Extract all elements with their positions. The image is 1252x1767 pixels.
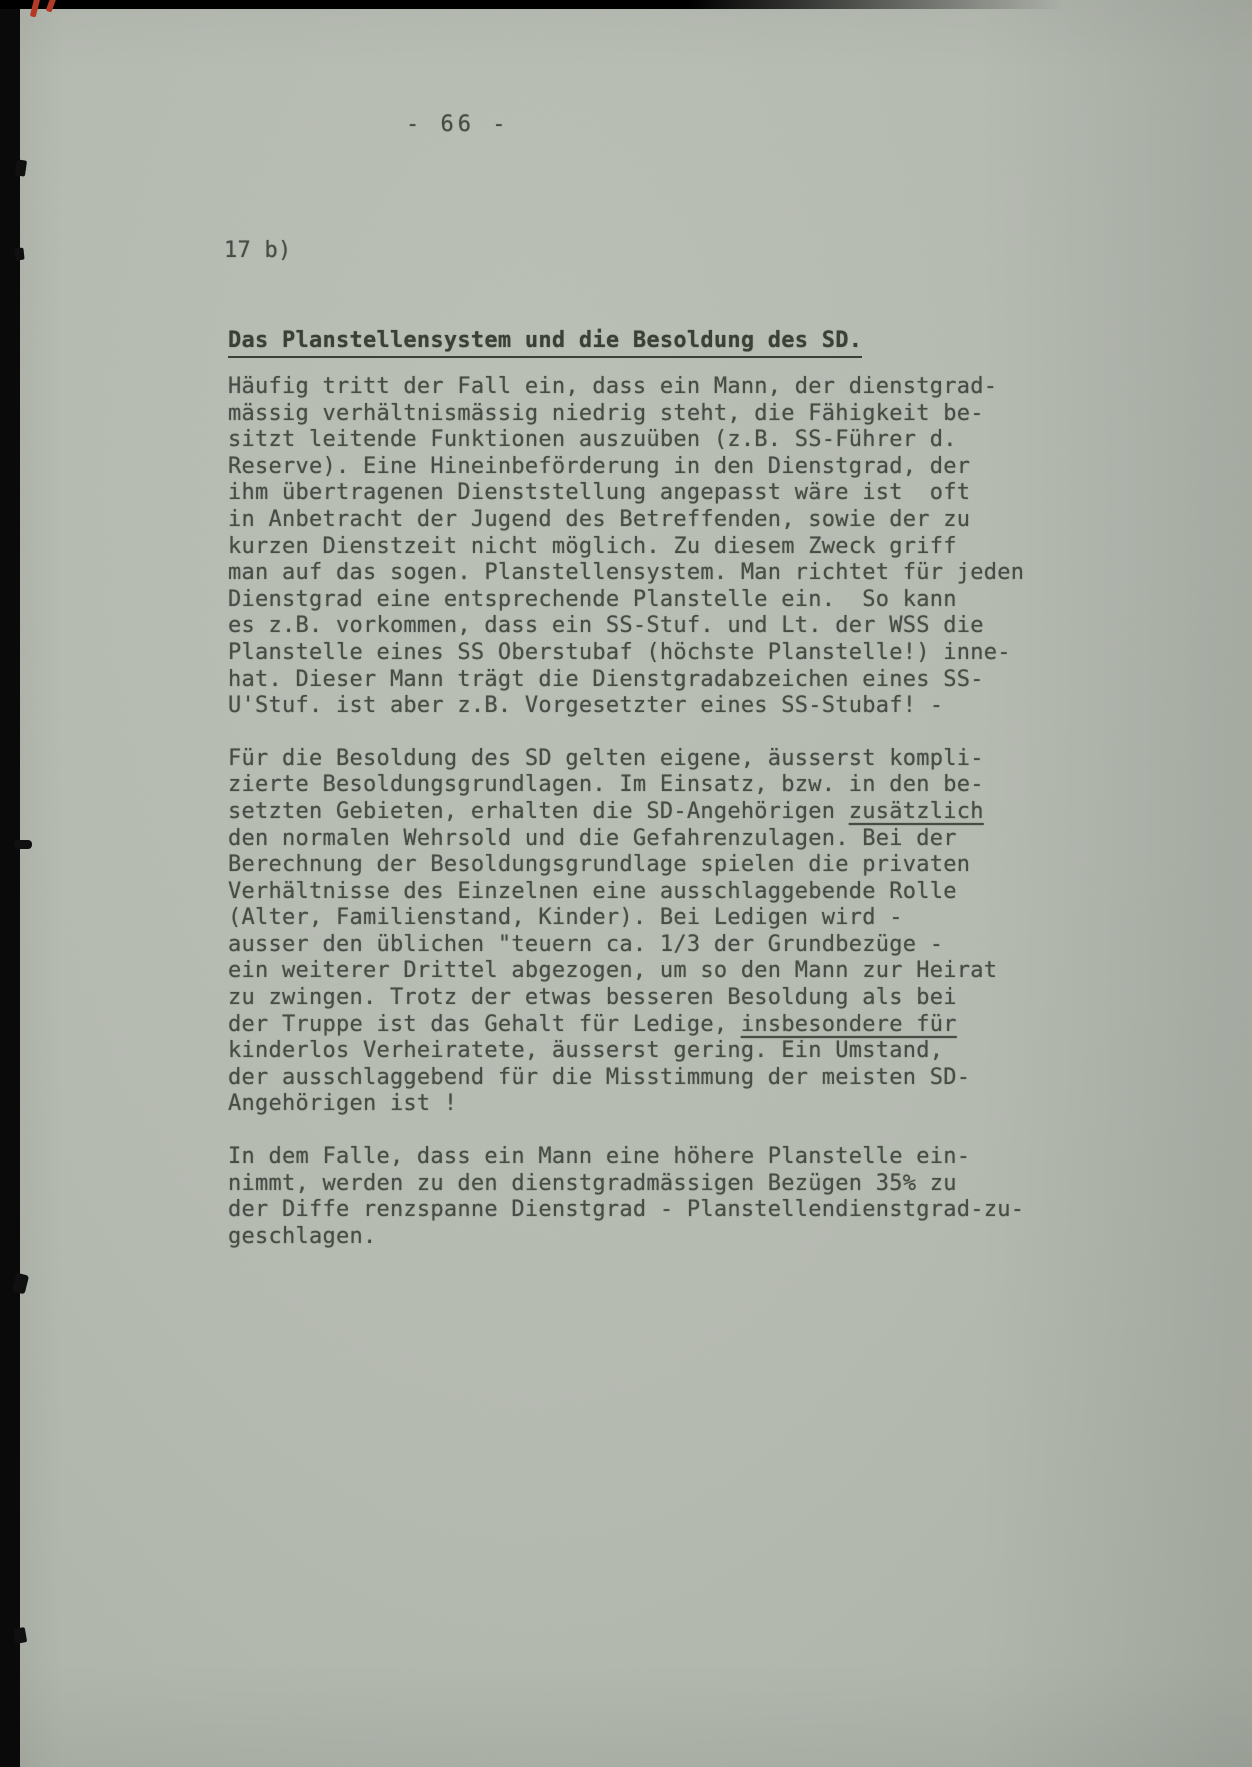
text-line: Für die Besoldung des SD gelten eigene, … — [228, 746, 1024, 773]
text-line: (Alter, Familienstand, Kinder). Bei Ledi… — [228, 905, 1024, 932]
text-line: geschlagen. — [228, 1224, 1024, 1251]
text-segment: U'Stuf. ist aber z.B. Vorgesetzter eines… — [228, 693, 943, 718]
text-line: Verhältnisse des Einzelnen eine ausschla… — [228, 879, 1024, 906]
text-segment: ihm übertragenen Dienststellung angepass… — [228, 480, 970, 505]
text-segment: zu zwingen. Trotz der etwas besseren Bes… — [228, 985, 957, 1010]
text-line: in Anbetracht der Jugend des Betreffende… — [228, 507, 1024, 534]
text-line: den normalen Wehrsold und die Gefahrenzu… — [228, 826, 1024, 853]
text-segment: sitzt leitende Funktionen auszuüben (z.B… — [228, 427, 957, 452]
text-line: U'Stuf. ist aber z.B. Vorgesetzter eines… — [228, 693, 1024, 720]
text-segment: der ausschlaggebend für die Misstimmung … — [228, 1065, 970, 1090]
document-body: Häufig tritt der Fall ein, dass ein Mann… — [228, 374, 1024, 1276]
scan-top-border — [0, 0, 1252, 9]
text-line: mässig verhältnismässig niedrig steht, d… — [228, 401, 1024, 428]
text-segment: Angehörigen ist ! — [228, 1091, 457, 1116]
text-line: kinderlos Verheiratete, äusserst gering.… — [228, 1038, 1024, 1065]
text-line: Dienstgrad eine entsprechende Planstelle… — [228, 587, 1024, 614]
text-line: In dem Falle, dass ein Mann eine höhere … — [228, 1144, 1024, 1171]
underlined-text: zusätzlich — [849, 799, 984, 824]
text-segment: Reserve). Eine Hineinbeförderung in den … — [228, 454, 970, 479]
text-line: ein weiterer Drittel abgezogen, um so de… — [228, 958, 1024, 985]
ink-smudge — [12, 1273, 29, 1295]
text-segment: kurzen Dienstzeit nicht möglich. Zu dies… — [228, 534, 957, 559]
text-segment: zierte Besoldungsgrundlagen. Im Einsatz,… — [228, 772, 984, 797]
text-line: der Diffe renzspanne Dienstgrad - Planst… — [228, 1197, 1024, 1224]
text-segment: geschlagen. — [228, 1224, 376, 1249]
text-segment: mässig verhältnismässig niedrig steht, d… — [228, 401, 984, 426]
text-segment: ausser den üblichen "teuern ca. 1/3 der … — [228, 932, 943, 957]
text-line: es z.B. vorkommen, dass ein SS-Stuf. und… — [228, 613, 1024, 640]
text-segment: In dem Falle, dass ein Mann eine höhere … — [228, 1144, 970, 1169]
underlined-text: insbesondere für — [741, 1012, 957, 1037]
text-segment: Berechnung der Besoldungsgrundlage spiel… — [228, 852, 970, 877]
section-label: 17 b) — [224, 238, 291, 263]
text-line: zu zwingen. Trotz der etwas besseren Bes… — [228, 985, 1024, 1012]
text-segment: es z.B. vorkommen, dass ein SS-Stuf. und… — [228, 613, 984, 638]
text-line: hat. Dieser Mann trägt die Dienstgradabz… — [228, 667, 1024, 694]
text-segment: den normalen Wehrsold und die Gefahrenzu… — [228, 826, 957, 851]
text-line: man auf das sogen. Planstellensystem. Ma… — [228, 560, 1024, 587]
text-line: sitzt leitende Funktionen auszuüben (z.B… — [228, 427, 1024, 454]
text-segment: der Diffe renzspanne Dienstgrad - Planst… — [228, 1197, 1024, 1222]
text-line: Angehörigen ist ! — [228, 1091, 1024, 1118]
text-line: setzten Gebieten, erhalten die SD-Angehö… — [228, 799, 1024, 826]
text-line: nimmt, werden zu den dienstgradmässigen … — [228, 1171, 1024, 1198]
text-segment: hat. Dieser Mann trägt die Dienstgradabz… — [228, 667, 984, 692]
text-segment: Für die Besoldung des SD gelten eigene, … — [228, 746, 984, 771]
text-segment: kinderlos Verheiratete, äusserst gering.… — [228, 1038, 943, 1063]
text-segment: (Alter, Familienstand, Kinder). Bei Ledi… — [228, 905, 903, 930]
ink-smudge — [13, 1627, 27, 1644]
text-segment: ein weiterer Drittel abgezogen, um so de… — [228, 958, 997, 983]
text-line: Reserve). Eine Hineinbeförderung in den … — [228, 454, 1024, 481]
text-segment: setzten Gebieten, erhalten die SD-Angehö… — [228, 799, 849, 824]
text-segment: Verhältnisse des Einzelnen eine ausschla… — [228, 879, 957, 904]
scanned-document-page: - 66 - 17 b) Das Planstellensystem und d… — [0, 0, 1252, 1767]
text-line: Häufig tritt der Fall ein, dass ein Mann… — [228, 374, 1024, 401]
ink-smudge — [15, 159, 27, 176]
text-segment: nimmt, werden zu den dienstgradmässigen … — [228, 1171, 957, 1196]
text-line: ihm übertragenen Dienststellung angepass… — [228, 480, 1024, 507]
paragraph: Häufig tritt der Fall ein, dass ein Mann… — [228, 374, 1024, 720]
paragraph: In dem Falle, dass ein Mann eine höhere … — [228, 1144, 1024, 1250]
text-line: ausser den üblichen "teuern ca. 1/3 der … — [228, 932, 1024, 959]
document-heading: Das Planstellensystem und die Besoldung … — [228, 328, 862, 358]
text-line: der ausschlaggebend für die Misstimmung … — [228, 1065, 1024, 1092]
text-line: zierte Besoldungsgrundlagen. Im Einsatz,… — [228, 772, 1024, 799]
text-segment: Dienstgrad eine entsprechende Planstelle… — [228, 587, 957, 612]
ink-smudge — [14, 840, 32, 849]
text-segment: der Truppe ist das Gehalt für Ledige, — [228, 1012, 741, 1037]
text-segment: Häufig tritt der Fall ein, dass ein Mann… — [228, 374, 997, 399]
text-line: Planstelle eines SS Oberstubaf (höchste … — [228, 640, 1024, 667]
text-line: kurzen Dienstzeit nicht möglich. Zu dies… — [228, 534, 1024, 561]
ink-smudge — [14, 248, 24, 261]
scan-left-border — [0, 0, 20, 1767]
text-segment: man auf das sogen. Planstellensystem. Ma… — [228, 560, 1024, 585]
page-number: - 66 - — [406, 112, 509, 137]
text-segment: Planstelle eines SS Oberstubaf (höchste … — [228, 640, 1011, 665]
text-segment: in Anbetracht der Jugend des Betreffende… — [228, 507, 970, 532]
paragraph: Für die Besoldung des SD gelten eigene, … — [228, 746, 1024, 1118]
text-line: Berechnung der Besoldungsgrundlage spiel… — [228, 852, 1024, 879]
text-line: der Truppe ist das Gehalt für Ledige, in… — [228, 1012, 1024, 1039]
